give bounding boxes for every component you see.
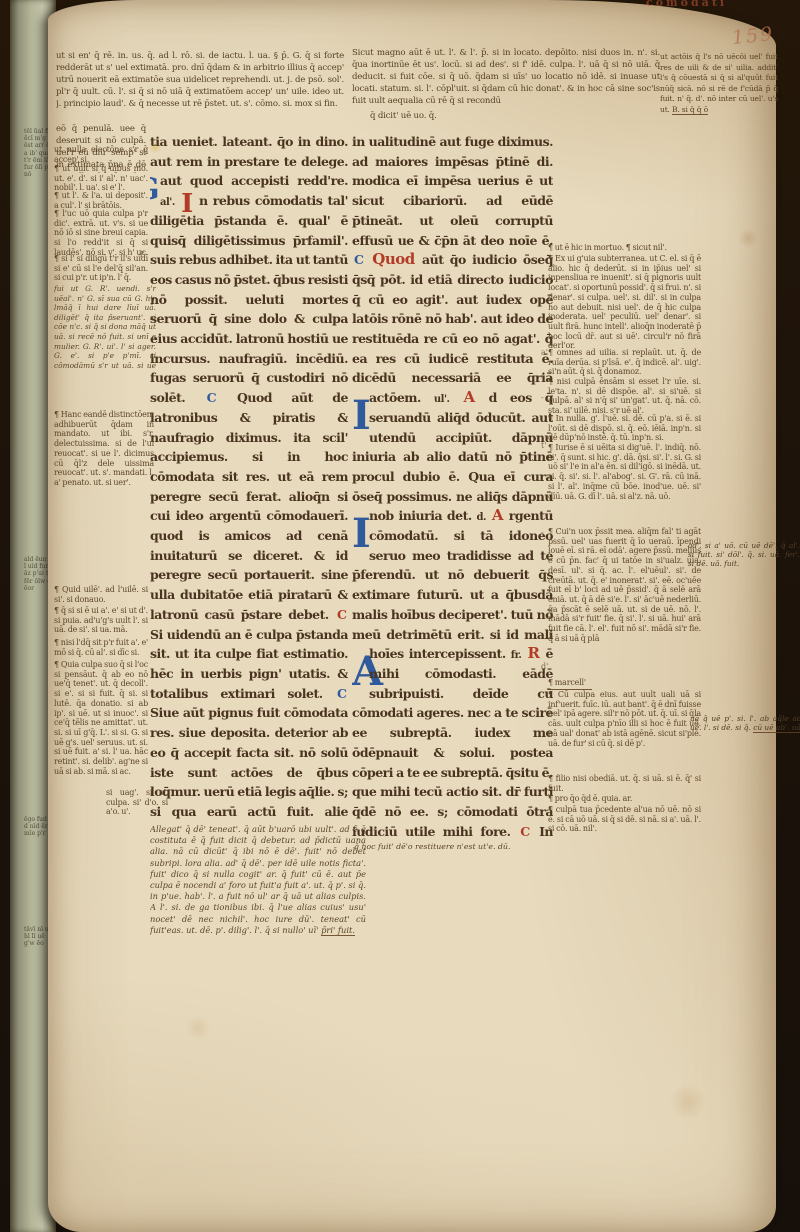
initial-A-red: A — [491, 506, 504, 524]
marginal-gloss: ¶ ut ē hic in mortuo. ¶ sicut nil'. — [548, 243, 701, 254]
initial-I-blue: I — [352, 506, 367, 562]
text-continuation: in ualitudinē aut fuge diximus. ad maior… — [352, 134, 553, 248]
running-title: cōmodati — [646, 0, 727, 9]
gutter-mark: d' — [541, 662, 548, 671]
marginal-gloss-cursive: fui ut G. R'. uendi. s'r uēal'. n' G. sī… — [54, 284, 156, 370]
marginal-gloss: ut nulla electōne s'r q̄ accep' si. — [54, 145, 148, 165]
gutter-mark: - — [541, 393, 544, 402]
marginal-gloss: ¶ Quid uilē'. ad l'uilē. si si'. si dona… — [54, 585, 148, 605]
marginal-gloss-marcellus: ¶ marcell' — [548, 678, 592, 690]
text-ad-eos: d eos q̄ seruandū aliq̄d ōducūt. aut ute… — [352, 390, 553, 523]
gutter-mark: a' — [541, 348, 548, 357]
far-right-note: uā q̄ uē p'. si. l'. ab aq̄le ad'. uē. l… — [690, 714, 800, 750]
text-continuation: tia ueniet. lateant. q̄o in dino. aut re… — [150, 134, 348, 188]
marginal-gloss: ¶ pro q̄o q̄d ē. quia. ar. — [548, 794, 701, 805]
initial-G-blue: G — [150, 171, 160, 209]
top-left-gloss: ut si en' q̄ rē. in. us. q̄. ad l. rō. s… — [56, 50, 344, 123]
addition-end-underlined: p̄ri' fuit. — [321, 925, 355, 936]
addition-text: Allegat' q̄ dē' teneat'. q̄ aūt b'uarō u… — [150, 824, 366, 935]
main-text-right-column: in ualitudinē aut fuge diximus. ad maior… — [352, 132, 553, 844]
catchline-gloss: q̄ hoc fuit' dē'o restituere n'est ut'e.… — [354, 841, 566, 854]
inscription-gai: al'. — [160, 197, 175, 208]
marginal-gloss-tail: si uag'. si s'. culpa. si' d'o. si a'o. … — [106, 788, 168, 822]
manuscript-page: cōmodati 159 ut si en' q̄ rē. in. us. q̄… — [48, 0, 776, 1232]
folio-number: 159 — [731, 23, 775, 49]
text-argentum: rgentū cōmodatū. si tā idoneo seruo meo … — [352, 508, 553, 661]
paraph-mark-blue: C — [335, 686, 348, 701]
marginal-gloss: ¶ nisi l'dq̄ sit p'r fuit a'. e' mō si q… — [54, 638, 148, 658]
marginal-gloss: ¶ nisi culpā ēnsām si esset l'r uīe. si.… — [548, 377, 701, 415]
note-text-underlined: cū uē ab'. uā. — [753, 723, 800, 733]
marginal-gloss: ¶ si l' si diligū t'r il's uīdī si e' cū… — [54, 254, 148, 283]
marginal-gloss: ¶ Hanc eandē distinctōem adhibuerūt q̄da… — [54, 410, 154, 490]
text-si-videndum: Si uidendū an ē culpa p̄standa sit. ut i… — [150, 627, 348, 701]
rubric-word: Quod — [371, 250, 415, 268]
text-quod-autem: Quod aūt de latronibus & piratis & naufr… — [150, 390, 348, 622]
far-right-note: ad'. si a' uō. cū uē dē'. q̄ al'. si fui… — [688, 541, 800, 595]
marginal-gloss: ¶ l'uc uō quia culpa p'r dic'. extrā. ut… — [54, 209, 148, 257]
inscription-afr: fr. — [511, 650, 522, 661]
initial-R-red: R — [526, 644, 540, 662]
top-center-gloss-tail: q̄ dicit' uē uo. q̄. — [370, 110, 500, 123]
main-text-left-column: tia ueniet. lateant. q̄o in dino. aut re… — [150, 132, 348, 823]
marginal-gloss: ¶ ut uult si q̄ uibus mō. ut. e'. d'. si… — [54, 164, 148, 193]
gutter-mark: - — [140, 332, 143, 341]
gutter-mark: - — [541, 528, 544, 537]
paraph-mark-blue: C — [352, 252, 365, 267]
marginal-gloss: ¶ Quia culpa suo q̄ si l'oc si pensāut. … — [54, 660, 148, 792]
text-contrario-iudicio: aūt q̄o iudicio ōseq̄ q̄sq̄ pōt. id etiā… — [352, 252, 553, 405]
text-sive-autem: Siue aūt pignus fuit cōmodata res. siue … — [150, 705, 348, 823]
inscription-iul: ul'. — [434, 394, 450, 405]
initial-I-blue: I — [352, 388, 367, 444]
gutter-mark: -' — [140, 150, 145, 159]
marginal-gloss: ¶ Ex ui g'uia subterranea. ut C. el. si … — [548, 254, 701, 348]
cursive-addition-block: Allegat' q̄ dē' teneat'. q̄ aūt b'uarō u… — [150, 824, 366, 966]
text-gaius-law: n rebus cōmodatis tal' diligētia p̄stand… — [150, 193, 348, 405]
marginal-gloss: ¶ Cū culpa eius. aut uult uali uā si inf… — [548, 690, 701, 775]
marginal-gloss: ¶ filio nisi obediā. ut. q̄. si uā. si ē… — [548, 774, 701, 794]
marginal-gloss: ¶ ut l'. & l'a. ui deposit'. a cul'. l' … — [54, 191, 148, 211]
top-right-corner-gloss: ut actōis q̄ l's nō uēcōi uel' fuit res … — [660, 52, 778, 138]
paraph-mark-red: C — [518, 824, 531, 839]
gloss-text-underlined: B. si q̄ q̄ ō — [672, 105, 708, 115]
marginal-gloss: ¶ omnes ad uilia. si replaūt. ut. q̄. de… — [548, 348, 701, 377]
gutter-mark: - — [140, 60, 143, 69]
marginal-gloss: ¶ Cui'n uox p̄ssit mea. aliq̄m fal' ti a… — [548, 527, 701, 679]
paraph-mark-blue: C — [205, 390, 218, 405]
initial-A-blue: A — [352, 644, 367, 700]
top-center-gloss: Sicut magno aūt ē ut. l'. & l'. p̄. si i… — [352, 47, 660, 109]
paraph-mark-red: C — [335, 607, 348, 622]
marginal-gloss: ¶ culpā tua p̄cedente al'ua nō uē. nō si… — [548, 805, 701, 855]
text-rem-mihi: ē mihi cōmodasti. eādē subripuisti. deīd… — [352, 646, 553, 838]
inscription-idem: d. — [477, 512, 486, 523]
marginal-gloss: ¶ Iurise ē si uēita si dig'uē. l'. indiq… — [548, 443, 701, 501]
gutter-mark: l' — [140, 250, 145, 259]
initial-A-red: A — [463, 388, 476, 406]
gutter-mark: t' — [541, 441, 546, 450]
manuscript-photo: tēl ūal fid ēcī m'g ra ēst arr ōna ib' q… — [0, 0, 800, 1232]
marginal-gloss: ¶ q̄ si si ē ui a'. e' si ut d'. si puia… — [54, 606, 148, 635]
